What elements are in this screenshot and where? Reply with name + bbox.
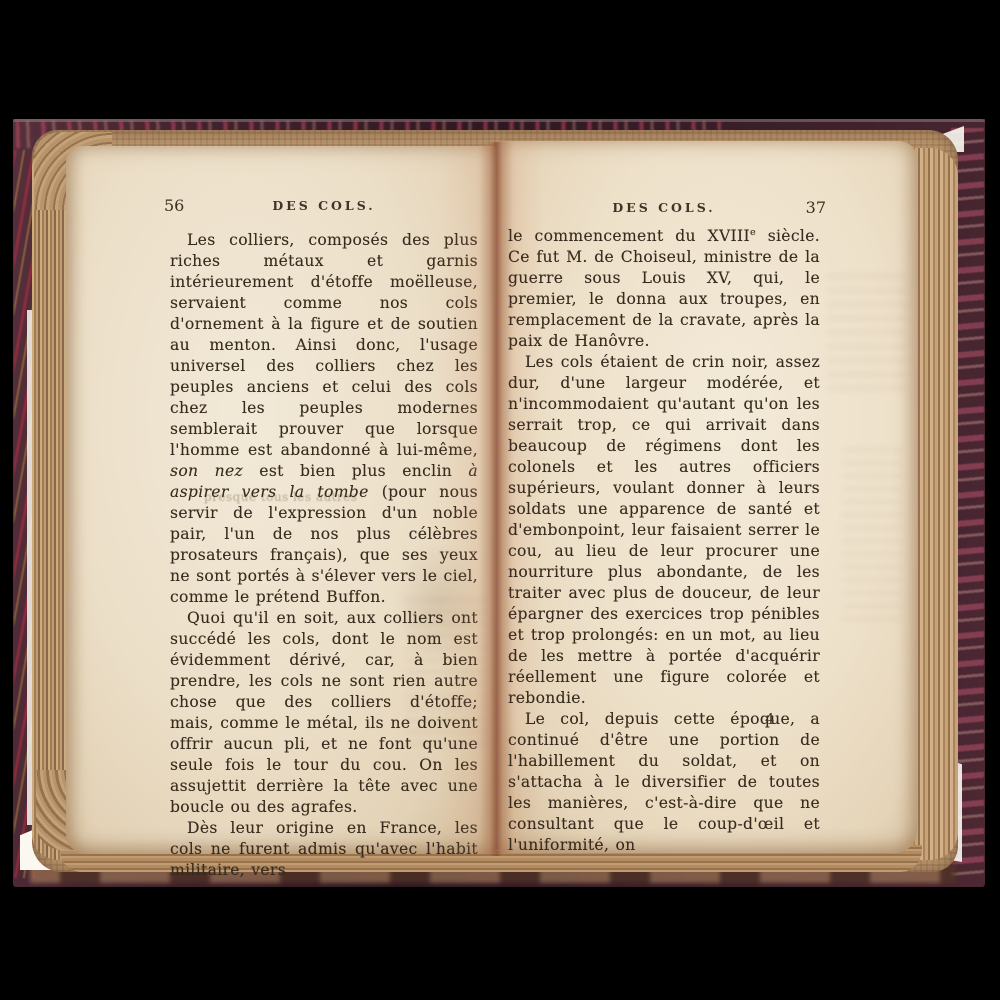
paragraph: Les colliers, composés des plus riches m… [170, 230, 478, 608]
left-page-text: Les colliers, composés des plus riches m… [170, 230, 478, 881]
running-head-left: 56 DES COLS. [170, 198, 478, 218]
photo-open-book: presque tous les autres 56 DES COLS. Les… [0, 0, 1000, 1000]
paragraph: Dès leur origine en France, les cols ne … [170, 818, 478, 881]
page-edges-right [910, 148, 958, 860]
showthrough-smudge [827, 271, 907, 391]
page-number-right: 37 [806, 198, 826, 217]
running-title-left: DES COLS. [170, 198, 478, 213]
paragraph: Quoi qu'il en soit, aux colliers ont suc… [170, 608, 478, 818]
running-head-right: DES COLS. 37 [508, 200, 820, 220]
right-page: DES COLS. 37 le commencement du XVIIIe s… [497, 141, 917, 853]
right-page-text: le commencement du XVIIIe siècle. Ce fut… [508, 222, 820, 856]
left-page: presque tous les autres 56 DES COLS. Les… [66, 146, 497, 854]
running-title-right: DES COLS. [508, 200, 820, 215]
signature-mark: 4 [765, 710, 775, 728]
book-gutter [480, 142, 512, 856]
paragraph: Le col, depuis cette époque, a continué … [508, 709, 820, 856]
paragraph: le commencement du XVIIIe siècle. Ce fut… [508, 222, 820, 352]
paragraph: Les cols étaient de crin noir, assez dur… [508, 352, 820, 709]
showthrough-smudge [842, 441, 902, 621]
